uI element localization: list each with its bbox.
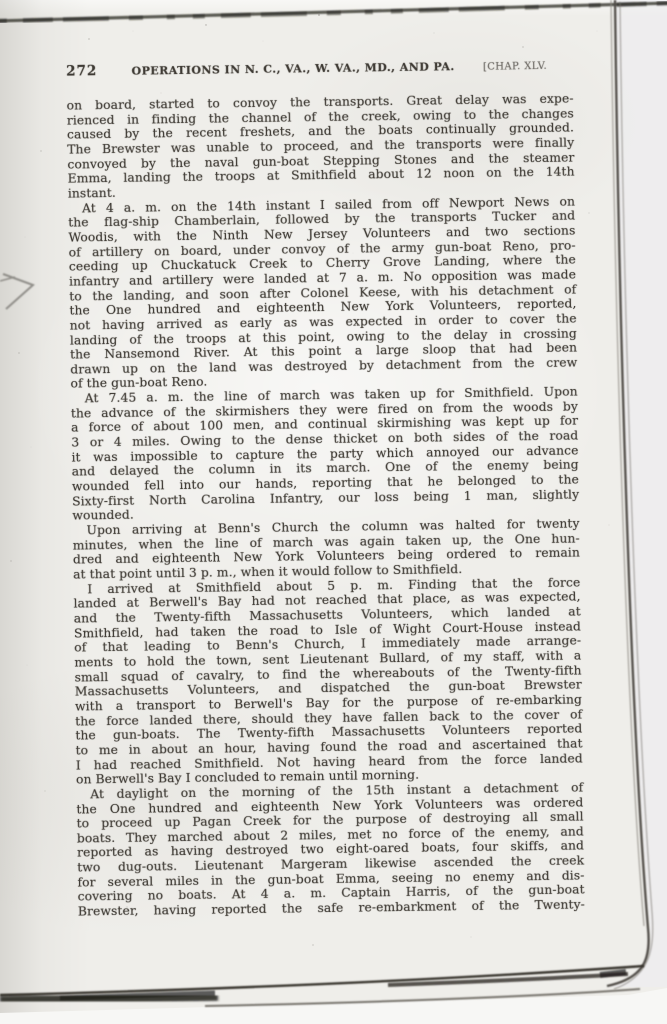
- running-title: OPERATIONS IN N. C., VA., W. VA., MD., A…: [97, 60, 483, 78]
- page-body: on board, started to convoy the transpor…: [67, 91, 585, 919]
- paragraph: At daylight on the morning of the 15th i…: [76, 780, 585, 919]
- paragraph: At 4 a. m. on the 14th instant I sailed …: [68, 194, 578, 392]
- scanned-book-page: 272 OPERATIONS IN N. C., VA., W. VA., MD…: [0, 0, 667, 1024]
- paragraph: on board, started to convoy the transpor…: [67, 91, 575, 201]
- paragraph: At 7.45 a. m. the line of march was take…: [71, 385, 580, 524]
- chapter-label: [CHAP. XLV.: [483, 61, 547, 73]
- printed-page-content: 272 OPERATIONS IN N. C., VA., W. VA., MD…: [66, 57, 585, 920]
- paragraph: Upon arriving at Benn's Church the colum…: [72, 516, 580, 582]
- page-number: 272: [66, 63, 97, 79]
- paragraph: I arrived at Smithfield about 5 p. m. Fi…: [73, 575, 583, 787]
